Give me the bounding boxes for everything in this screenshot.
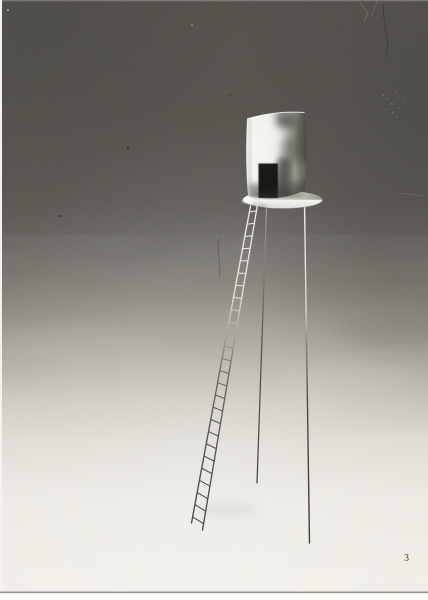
ladder-rung bbox=[236, 285, 244, 286]
page-left-margin bbox=[0, 0, 2, 592]
film-mottle bbox=[0, 235, 428, 425]
page-number: 3 bbox=[404, 553, 424, 565]
brim-contact-shadow bbox=[250, 192, 304, 198]
ladder-rung bbox=[245, 236, 252, 237]
artwork-photograph bbox=[0, 0, 428, 600]
catalog-page: 3 bbox=[0, 0, 428, 600]
top-hat-cylinder bbox=[246, 112, 306, 199]
page-bottom-margin bbox=[0, 593, 428, 600]
page-bottom-edge bbox=[0, 592, 428, 594]
hat-dark-smudge bbox=[275, 114, 297, 128]
